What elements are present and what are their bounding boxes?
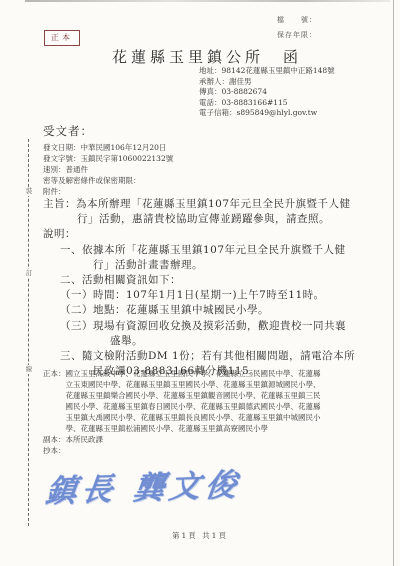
explanation-item-1-cont: 行」活動計畫書辦理。 [93, 258, 388, 273]
copy-line: 抄本： [43, 445, 383, 456]
cc-line: 副本：本所民政課 [43, 434, 383, 445]
recipient-list-line: 花蓮縣玉里鎮樂合國民小學、花蓮縣玉里鎮觀音國民小學、花蓮縣玉里鎮三民 [66, 390, 384, 401]
page-number: 第1頁 共1頁 [0, 530, 400, 541]
contact-email: 電子信箱：s895849@hlyl.gov.tw [199, 108, 335, 119]
contact-fax: 傳真：03-8882674 [199, 87, 335, 98]
recipient-list-line: 學、花蓮縣玉里鎮松浦國民小學、花蓮縣玉里鎮高寮國民小學 [66, 423, 384, 434]
subject-line: 主旨：為本所辦理「花蓮縣玉里鎮107年元旦全民升旗暨千人健 [43, 197, 388, 212]
binding-mark-ding: 訂 [25, 269, 33, 278]
contact-person: 承辦人：謝佳男 [199, 77, 335, 88]
mayor-signature: 鎮長 龔文俊 [43, 459, 244, 511]
event-activities-cont: 盛舉。 [110, 334, 388, 349]
letter-body: 主旨：為本所辦理「花蓮縣玉里鎮107年元旦全民升旗暨千人健 行」活動，惠請貴校協… [43, 197, 388, 379]
official-letter-page: 檔 號： 保存年限： 正本 花蓮縣玉里鎮公所 函 地址：98142花蓮縣玉里鎮中… [0, 0, 400, 566]
priority: 速別：普通件 [43, 164, 173, 175]
scan-top-edge-artifact [25, 0, 390, 2]
attachment-label: 附件： [43, 186, 173, 197]
subject-line-cont: 行」活動，惠請貴校協助宣傳並踴躍參與，請查照。 [77, 212, 388, 227]
event-activities: （三）現場有資源回收兌換及摸彩活動，歡迎貴校一同共襄 [60, 319, 388, 334]
document-meta-block: 發文日期：中華民國106年12月20日 發文字號：玉鎮民字第1060022132… [43, 142, 173, 197]
explanation-item-3: 三、隨文檢附活動DM 1份；若有其他相關問題，請電洽本所 [60, 349, 388, 364]
event-time: （一）時間：107年1月1日(星期一)上午7時至11時。 [60, 288, 388, 303]
recipient-label: 受文者： [43, 123, 93, 139]
reference-number: 發文字號：玉鎮民字第1060022132號 [43, 153, 173, 164]
explanation-item-1: 一、依據本所「花蓮縣玉里鎮107年元旦全民升旗暨千人健 [60, 243, 388, 258]
explanation-label: 說明： [43, 227, 388, 242]
recipient-list-line: 立玉東國民中學、花蓮縣玉里鎮玉里國民小學、花蓮縣玉里鎮源城國民小學、 [66, 379, 384, 390]
classification: 密等及解密條件或保密期限： [43, 175, 173, 186]
binding-mark-zhuang: 裝 [25, 187, 33, 196]
contact-address: 地址：98142花蓮縣玉里鎮中正路148號 [199, 66, 335, 77]
event-location: （二）地點：花蓮縣玉里鎮中城國民小學。 [60, 303, 388, 318]
contact-info-block: 地址：98142花蓮縣玉里鎮中正路148號 承辦人：謝佳男 傳真：03-8882… [199, 66, 335, 119]
recipient-list-line: 國民小學、花蓮縣玉里鎮春日國民小學、花蓮縣玉里鎮德武國民小學、花蓮縣 [66, 401, 384, 412]
binding-mark-xian: 線 [25, 365, 33, 374]
recipient-list-line: 玉里鎮大禹國民小學、花蓮縣玉里鎮長良國民小學、花蓮縣玉里鎮中城國民小 [66, 412, 384, 423]
primary-recipient-list: 國立玉里高級中學、花蓮縣立玉里國民中學、花蓮縣立三民國民中學、花蓮縣 立玉東國民… [66, 368, 384, 434]
explanation-item-2: 二、活動相關資訊如下： [60, 273, 388, 288]
document-title: 花蓮縣玉里鎮公所 函 [0, 46, 400, 67]
issue-date: 發文日期：中華民國106年12月20日 [43, 142, 173, 153]
contact-phone: 電話：03-8883166#115 [199, 98, 335, 109]
file-number-block: 檔 號： 保存年限： [277, 13, 317, 43]
scan-right-edge-line [393, 0, 394, 566]
binding-dashed-line [28, 139, 29, 526]
primary-copy-label: 正本： [43, 368, 66, 434]
recipient-list-line: 國立玉里高級中學、花蓮縣立玉里國民中學、花蓮縣立三民國民中學、花蓮縣 [66, 368, 384, 379]
retention-period-label: 保存年限： [277, 28, 317, 43]
distribution-block: 正本： 國立玉里高級中學、花蓮縣立玉里國民中學、花蓮縣立三民國民中學、花蓮縣 立… [43, 368, 383, 456]
original-copy-stamp: 正本 [44, 30, 80, 46]
file-number-label: 檔 號： [277, 13, 317, 28]
